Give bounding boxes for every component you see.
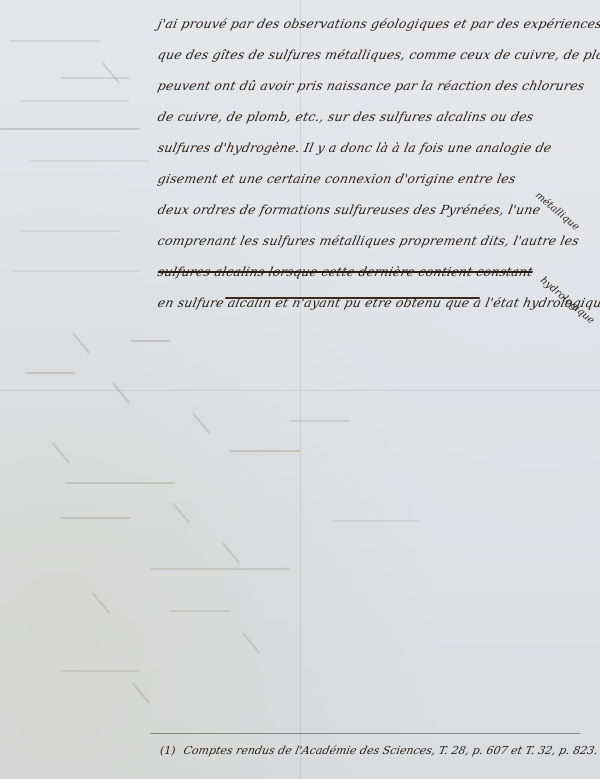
footnote-marker: (1) — [159, 744, 177, 757]
paper-fold-horizontal — [0, 390, 600, 391]
text-line: peuvent ont dû avoir pris naissance par … — [155, 70, 600, 101]
text-line: j'ai prouvé par des observations géologi… — [155, 8, 600, 39]
footnote-text: Comptes rendus de l'Académie des Science… — [182, 744, 599, 757]
struck-text: sulfures alcalins lorsque cette dernière… — [156, 264, 534, 279]
text-line: en sulfure alcalin et n'ayant pu être ob… — [155, 287, 600, 318]
text-line: que des gîtes de sulfures métalliques, c… — [155, 39, 600, 70]
footnote: (1)Comptes rendus de l'Académie des Scie… — [159, 744, 600, 757]
closing-rule — [225, 297, 480, 299]
manuscript-page: j'ai prouvé par des observations géologi… — [0, 0, 600, 779]
text-line-struck: sulfures alcalins lorsque cette dernière… — [155, 256, 600, 287]
text-line: gisement et une certaine connexion d'ori… — [155, 163, 600, 194]
footnote-separator — [150, 733, 580, 734]
manuscript-body: j'ai prouvé par des observations géologi… — [158, 8, 598, 318]
text-line: comprenant les sulfures métalliques prop… — [155, 225, 600, 256]
text-line: de cuivre, de plomb, etc., sur des sulfu… — [155, 101, 600, 132]
text-line: sulfures d'hydrogène. Il y a donc là à l… — [155, 132, 600, 163]
